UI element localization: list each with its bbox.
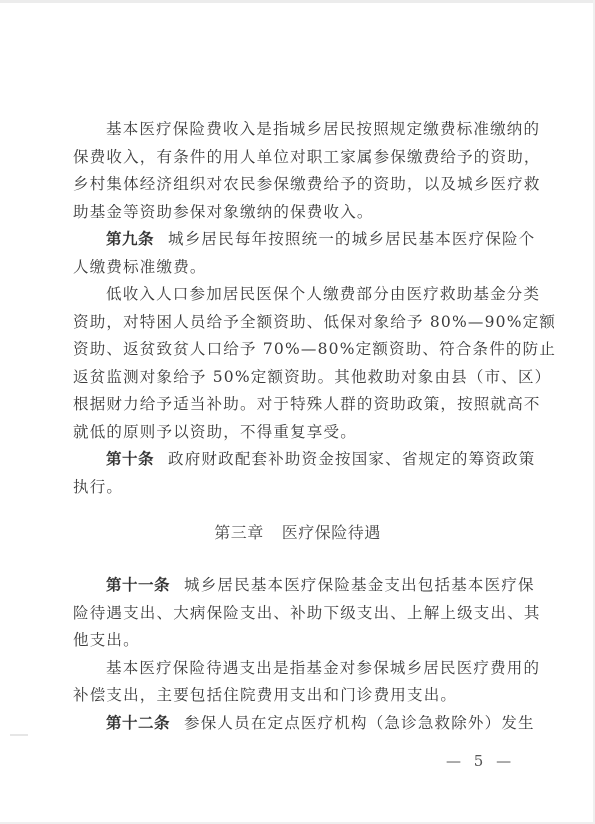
chapter-number: 第三章 (214, 523, 264, 542)
chapter-heading: 第三章医疗保险待遇 (0, 520, 595, 543)
text-line: 助基金等资助参保对象缴纳的保费收入。 (73, 199, 495, 227)
text-line: 资助、返贫致贫人口给予 70%—80%定额资助、符合条件的防止 (73, 336, 495, 364)
document-body-bottom: 第十一条城乡居民基本医疗保险基金支出包括基本医疗保 险待遇支出、大病保险支出、补… (73, 572, 495, 737)
text-line: 基本医疗保险待遇支出是指基金对参保城乡居民医疗费用的 (73, 655, 495, 683)
text-line: 保费收入，有条件的用人单位对职工家属参保缴费给予的资助， (73, 144, 495, 172)
text-line: 根据财力给予适当补助。对于特殊人群的资助政策，按照就高不 (73, 391, 495, 419)
text-line: 低收入人口参加居民医保个人缴费部分由医疗救助基金分类 (73, 281, 495, 309)
text-line: 基本医疗保险费收入是指城乡居民按照规定缴费标准缴纳的 (73, 116, 495, 144)
scan-artifact (10, 734, 28, 736)
article-text: 城乡居民每年按照统一的城乡居民基本医疗保险个 (168, 230, 535, 248)
article-number: 第十一条 (106, 576, 170, 594)
document-body-top: 基本医疗保险费收入是指城乡居民按照规定缴费标准缴纳的 保费收入，有条件的用人单位… (73, 116, 495, 501)
text-line: 第十一条城乡居民基本医疗保险基金支出包括基本医疗保 (73, 572, 495, 600)
paragraph-premium-income: 基本医疗保险费收入是指城乡居民按照规定缴费标准缴纳的 保费收入，有条件的用人单位… (73, 116, 495, 226)
article-number: 第十条 (106, 450, 154, 468)
text-line: 第十条政府财政配套补助资金按国家、省规定的筹资政策 (73, 446, 495, 474)
text-line: 人缴费标准缴费。 (73, 254, 495, 282)
article-12: 第十二条参保人员在定点医疗机构（急诊急救除外）发生 (73, 710, 495, 738)
paragraph-low-income-subsidy: 低收入人口参加居民医保个人缴费部分由医疗救助基金分类 资助，对特困人员给予全额资… (73, 281, 495, 446)
chapter-title: 医疗保险待遇 (282, 523, 381, 542)
article-text: 参保人员在定点医疗机构（急诊急救除外）发生 (184, 714, 535, 732)
text-line: 他支出。 (73, 627, 495, 655)
paragraph-benefit-expenditure: 基本医疗保险待遇支出是指基金对参保城乡居民医疗费用的 补偿支出，主要包括住院费用… (73, 655, 495, 710)
article-text: 城乡居民基本医疗保险基金支出包括基本医疗保 (184, 576, 535, 594)
page-number: — 5 — (446, 752, 515, 770)
scan-top-edge (0, 0, 595, 3)
article-number: 第九条 (106, 230, 154, 248)
text-line: 第十二条参保人员在定点医疗机构（急诊急救除外）发生 (73, 710, 495, 738)
article-10: 第十条政府财政配套补助资金按国家、省规定的筹资政策 执行。 (73, 446, 495, 501)
text-line: 乡村集体经济组织对农民参保缴费给予的资助，以及城乡医疗救 (73, 171, 495, 199)
text-line: 险待遇支出、大病保险支出、补助下级支出、上解上级支出、其 (73, 600, 495, 628)
text-line: 第九条城乡居民每年按照统一的城乡居民基本医疗保险个 (73, 226, 495, 254)
text-line: 补偿支出，主要包括住院费用支出和门诊费用支出。 (73, 682, 495, 710)
article-9: 第九条城乡居民每年按照统一的城乡居民基本医疗保险个 人缴费标准缴费。 (73, 226, 495, 281)
text-line: 返贫监测对象给予 50%定额资助。其他救助对象由县（市、区） (73, 364, 495, 392)
article-number: 第十二条 (106, 714, 170, 732)
text-line: 就低的原则予以资助，不得重复享受。 (73, 419, 495, 447)
article-text: 政府财政配套补助资金按国家、省规定的筹资政策 (168, 450, 535, 468)
text-line: 资助，对特困人员给予全额资助、低保对象给予 80%—90%定额 (73, 309, 495, 337)
article-11: 第十一条城乡居民基本医疗保险基金支出包括基本医疗保 险待遇支出、大病保险支出、补… (73, 572, 495, 655)
text-line: 执行。 (73, 474, 495, 502)
